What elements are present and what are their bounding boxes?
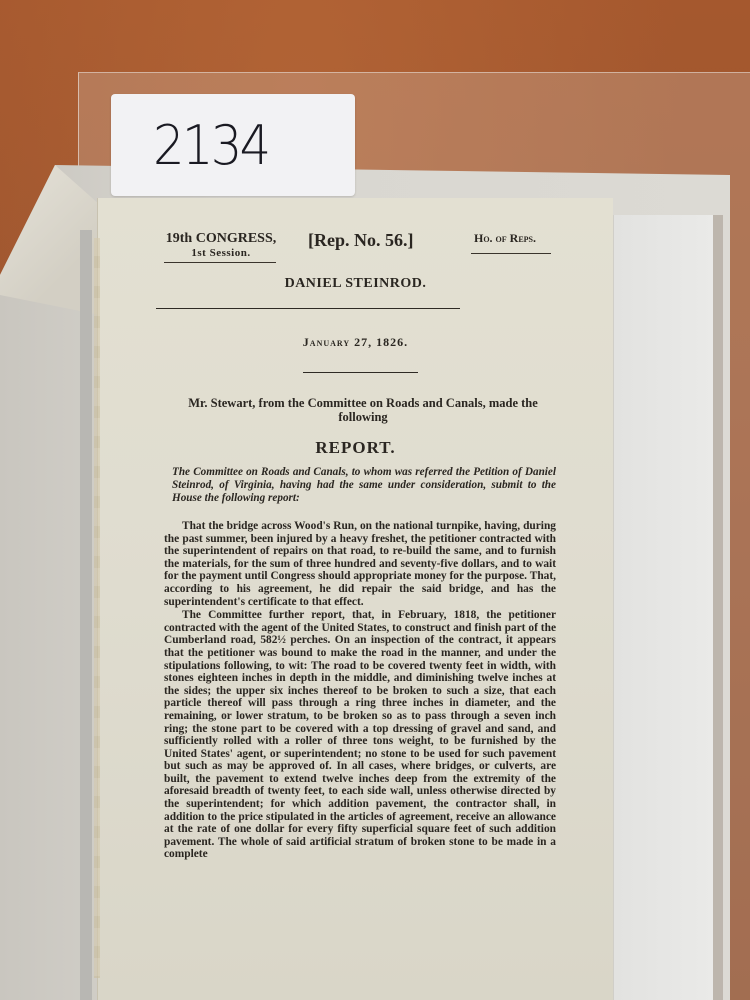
backing-board-edge bbox=[713, 215, 723, 1000]
paragraph: That the bridge across Wood's Run, on th… bbox=[164, 520, 556, 608]
congress-session: 19th CONGRESS, 1st Session. bbox=[164, 232, 278, 260]
sleeve-left-edge bbox=[80, 230, 92, 1000]
header-right-rule bbox=[471, 253, 551, 254]
report-number: [Rep. No. 56.] bbox=[308, 230, 414, 251]
document-page: 19th CONGRESS, 1st Session. [Rep. No. 56… bbox=[98, 198, 613, 1000]
report-heading: REPORT. bbox=[98, 438, 613, 458]
backing-board-right bbox=[613, 215, 714, 1000]
chamber-label: Ho. of Reps. bbox=[474, 231, 536, 246]
catalog-label: 2134 bbox=[111, 94, 355, 196]
document-date: January 27, 1826. bbox=[98, 335, 613, 350]
title-rule bbox=[156, 308, 460, 309]
date-rule bbox=[303, 372, 418, 373]
header-left-rule bbox=[164, 262, 276, 263]
catalog-number: 2134 bbox=[153, 114, 268, 177]
congress-label: 19th CONGRESS, bbox=[164, 232, 278, 246]
committee-summary: The Committee on Roads and Canals, to wh… bbox=[172, 466, 556, 505]
intro-line: Mr. Stewart, from the Committee on Roads… bbox=[168, 396, 558, 424]
report-body: That the bridge across Wood's Run, on th… bbox=[164, 520, 556, 862]
session-label: 1st Session. bbox=[164, 246, 278, 260]
document-title: DANIEL STEINROD. bbox=[98, 276, 613, 292]
paragraph: The Committee further report, that, in F… bbox=[164, 609, 556, 861]
